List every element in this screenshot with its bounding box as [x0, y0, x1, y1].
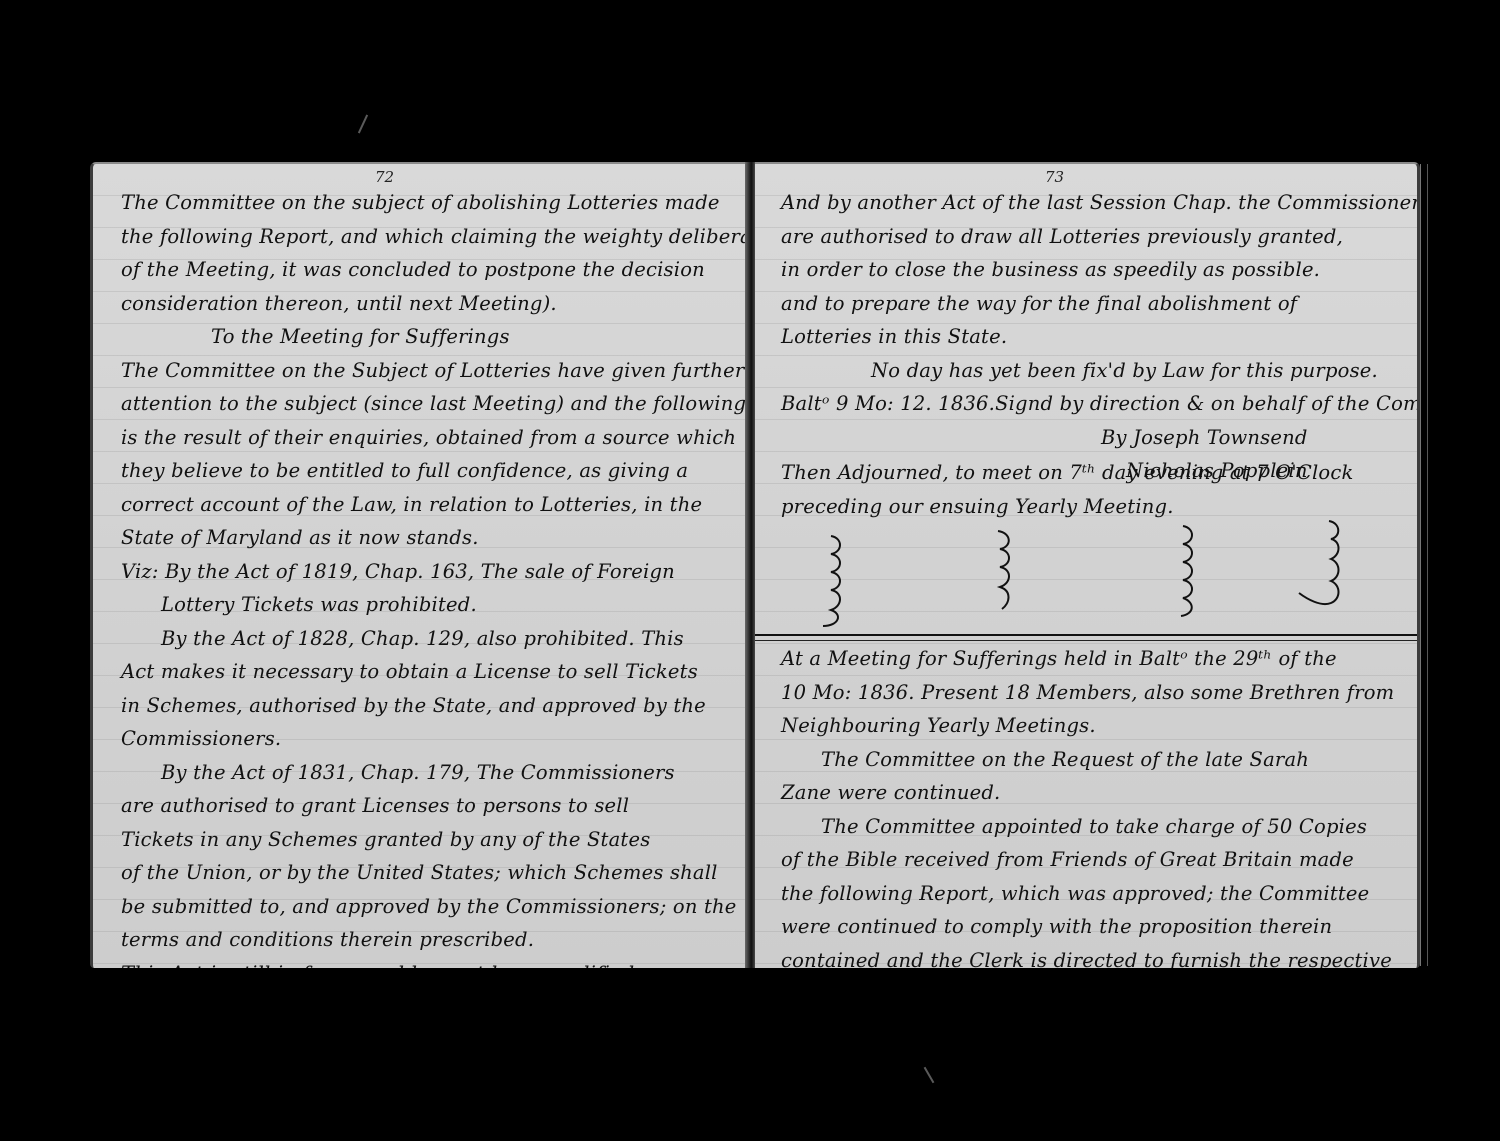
text-line: Viz: By the Act of 1819, Chap. 163, The … — [121, 555, 734, 589]
text-line: State of Maryland as it now stands. — [121, 521, 734, 555]
page-number-right: 73 — [1045, 168, 1064, 186]
text-line: attention to the subject (since last Mee… — [121, 387, 734, 421]
text-line: contained and the Clerk is directed to f… — [781, 944, 1403, 969]
text-line: 10 Mo: 1836. Present 18 Members, also so… — [781, 676, 1403, 710]
right-page: 73 And by another Act of the last Sessio… — [755, 162, 1420, 968]
text-line: and to prepare the way for the final abo… — [781, 287, 1403, 321]
signed-by-direction: Signd by direction & on behalf of the Co… — [995, 387, 1420, 421]
text-line: By the Act of 1828, Chap. 129, also proh… — [121, 622, 734, 656]
adjournment: Then Adjourned, to meet on 7ᵗʰ day eveni… — [781, 456, 1403, 523]
background-speck — [358, 115, 368, 134]
text-line: Then Adjourned, to meet on 7ᵗʰ day eveni… — [781, 456, 1403, 490]
text-line: The Committee appointed to take charge o… — [781, 810, 1403, 844]
text-line: are authorised to draw all Lotteries pre… — [781, 220, 1403, 254]
heading-line: To the Meeting for Sufferings — [121, 320, 734, 354]
text-line: they believe to be entitled to full conf… — [121, 454, 734, 488]
meeting-minutes: At a Meeting for Sufferings held in Balt… — [781, 642, 1403, 968]
text-line: of the Meeting, it was concluded to post… — [121, 253, 734, 287]
flourish-brace-icon — [1295, 519, 1345, 614]
section-divider — [755, 634, 1417, 641]
text-line: Lotteries in this State. — [781, 320, 1403, 354]
text-line: This Act is still in force, and has not … — [121, 957, 734, 969]
flourish-brace-icon — [1169, 524, 1199, 619]
text-line: By the Act of 1831, Chap. 179, The Commi… — [121, 756, 734, 790]
left-page-text: The Committee on the subject of abolishi… — [121, 186, 734, 968]
text-line: Zane were continued. — [781, 776, 1403, 810]
text-line: At a Meeting for Sufferings held in Balt… — [781, 642, 1403, 676]
page-number-left: 72 — [375, 168, 394, 186]
text-line: the following Report, and which claiming… — [121, 220, 734, 254]
text-line: is the result of their enquiries, obtain… — [121, 421, 734, 455]
text-line: in order to close the business as speedi… — [781, 253, 1403, 287]
text-line: Neighbouring Yearly Meetings. — [781, 709, 1403, 743]
text-line: consideration thereon, until next Meetin… — [121, 287, 734, 321]
flourish-brace-icon — [990, 529, 1020, 624]
date-signature-line: Baltᵒ 9 Mo: 12. 1836. Signd by direction… — [781, 387, 1403, 421]
text-line: be submitted to, and approved by the Com… — [121, 890, 734, 924]
text-line: The Committee on the Request of the late… — [781, 743, 1403, 777]
text-line: of the Bible received from Friends of Gr… — [781, 843, 1403, 877]
text-line: are authorised to grant Licenses to pers… — [121, 789, 734, 823]
text-line: Tickets in any Schemes granted by any of… — [121, 823, 734, 857]
text-line: the following Report, which was approved… — [781, 877, 1403, 911]
page-stack-edge — [1420, 164, 1428, 966]
background-speck — [924, 1067, 935, 1084]
book-spread: 72 The Committee on the subject of aboli… — [90, 162, 1420, 968]
left-page: 72 The Committee on the subject of aboli… — [90, 162, 748, 968]
text-line: No day has yet been fix'd by Law for thi… — [781, 354, 1403, 388]
text-line: correct account of the Law, in relation … — [121, 488, 734, 522]
text-line: of the Union, or by the United States; w… — [121, 856, 734, 890]
text-line: The Committee on the subject of abolishi… — [121, 186, 734, 220]
flourish-brace-icon — [817, 534, 847, 629]
text-line: in Schemes, authorised by the State, and… — [121, 689, 734, 723]
text-line: Lottery Tickets was prohibited. — [121, 588, 734, 622]
text-line: And by another Act of the last Session C… — [781, 186, 1403, 220]
text-line: Commissioners. — [121, 722, 734, 756]
decorative-braces — [755, 524, 1417, 624]
report-date: Baltᵒ 9 Mo: 12. 1836. — [781, 387, 995, 421]
text-line: terms and conditions therein prescribed. — [121, 923, 734, 957]
text-line: Act makes it necessary to obtain a Licen… — [121, 655, 734, 689]
text-line: were continued to comply with the propos… — [781, 910, 1403, 944]
report-continuation: And by another Act of the last Session C… — [781, 186, 1403, 488]
signature-joseph-townsend: By Joseph Townsend — [781, 421, 1403, 455]
text-line: The Committee on the Subject of Lotterie… — [121, 354, 734, 388]
text-line: preceding our ensuing Yearly Meeting. — [781, 490, 1403, 524]
